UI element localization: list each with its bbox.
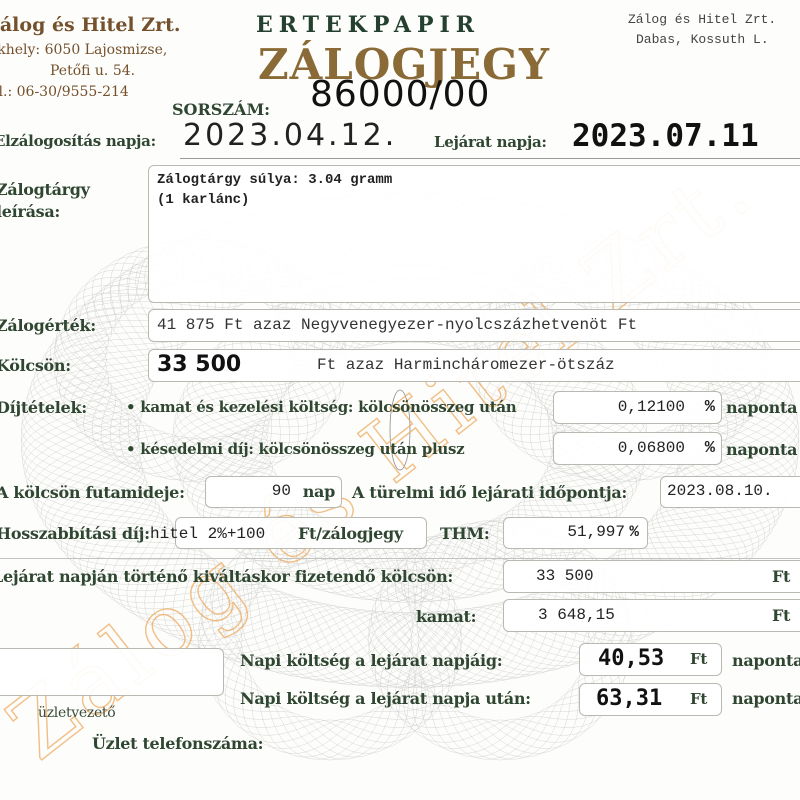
manager-label: üzletvezető — [38, 705, 115, 721]
title-top: ERTEKPAPIR — [256, 12, 480, 38]
daily-cost-until-label: Napi költség a lejárat napjáig: — [240, 651, 502, 670]
dates-divider — [180, 158, 800, 159]
thm-label: THM: — [440, 524, 489, 543]
item-label-line1: Zálogtárgy — [0, 180, 90, 199]
daily-cost-until-unit: Ft — [690, 650, 707, 668]
grace-date-value: 2023.08.10. — [667, 482, 773, 500]
issuer-name: Zálog és Hitel Zrt. — [0, 14, 181, 36]
issuer-address-line2: Petőfi u. 54. — [50, 63, 135, 79]
item-description-box: Zálogtárgy súlya: 3.04 gramm (1 karlánc) — [148, 165, 800, 303]
pledge-date-value: 2023.04.12. — [183, 118, 397, 153]
daily-cost-after-suffix: naponta — [732, 689, 800, 708]
grace-date-label: A türelmi idő lejárati időpontja: — [352, 483, 627, 502]
daily-cost-after-unit: Ft — [690, 690, 707, 708]
item-label-line2: leírása: — [0, 202, 60, 221]
item-description-line2: (1 karlánc) — [157, 192, 249, 208]
redemption-loan-value: 33 500 — [536, 567, 594, 585]
term-label: A kölcsön futamideje: — [0, 483, 185, 502]
fee-late-value: 0,06800 — [618, 439, 685, 457]
issuer-phone: Tel.: 06-30/9555-214 — [0, 84, 129, 100]
bullet-icon: • — [126, 440, 135, 458]
pledge-value-box: 41 875 Ft azaz Negyvenegyezer-nyolcszázh… — [148, 309, 800, 342]
fee-interest-value: 0,12100 — [618, 398, 685, 416]
serial-number: 86000/00 — [310, 74, 490, 115]
loan-box: 33 500 Ft azaz Harmincháromezer-ötszáz — [148, 349, 800, 382]
daily-cost-after-box: 63,31 Ft — [579, 683, 722, 716]
issuer-address-line1: Székhely: 6050 Lajosmizse, — [0, 42, 167, 58]
expiry-date-value: 2023.07.11 — [572, 118, 759, 154]
daily-cost-until-box: 40,53 Ft — [579, 643, 722, 676]
term-value: 90 — [272, 482, 291, 500]
extension-fee-label: Hosszabbítási díj: — [0, 524, 150, 543]
fee-interest-suffix: naponta — [726, 398, 797, 417]
fee-item-label: kamat és kezelési költség: kölcsönösszeg… — [140, 398, 516, 416]
interest-box: 3 648,15 Ft — [503, 599, 800, 632]
loan-in-words: Ft azaz Harmincháromezer-ötszáz — [317, 356, 615, 374]
pledge-value-text: 41 875 Ft azaz Negyvenegyezer-nyolcszázh… — [157, 316, 637, 334]
fee-interest-unit: % — [705, 398, 715, 417]
branch-name: Zálog és Hitel Zrt. — [628, 12, 776, 27]
loan-amount: 33 500 — [157, 352, 241, 377]
interest-unit: Ft — [772, 606, 790, 625]
fees-label: Díjtételek: — [0, 398, 87, 417]
redemption-loan-unit: Ft — [772, 567, 790, 586]
thm-value: 51,997 — [567, 523, 625, 541]
daily-cost-until-suffix: naponta — [732, 651, 800, 670]
branch-address: Dabas, Kossuth L. — [636, 32, 769, 47]
fee-late-unit: % — [705, 439, 715, 458]
shop-phone-label: Üzlet telefonszáma: — [92, 734, 263, 753]
serial-label: SORSZÁM: — [172, 100, 270, 119]
fee-item-interest-text: • kamat és kezelési költség: kölcsönössz… — [126, 398, 516, 416]
redemption-loan-box: 33 500 Ft — [503, 560, 800, 593]
term-box: 90 nap — [205, 476, 342, 508]
pledge-value-label: Zálogérték: — [0, 316, 96, 335]
manager-signature-box — [0, 648, 224, 696]
item-description-line1: Zálogtárgy súlya: 3.04 gramm — [157, 172, 392, 188]
redemption-label: Lejárat napján történő kiváltáskor fizet… — [0, 567, 453, 586]
fee-late-suffix: naponta — [726, 440, 797, 459]
extension-fee-unit: Ft/zálogjegy — [298, 524, 403, 543]
fee-late-box: 0,06800 % — [553, 432, 722, 465]
interest-value: 3 648,15 — [538, 606, 615, 624]
daily-cost-after-value: 63,31 — [596, 686, 662, 711]
fee-item-late-text: • késedelmi díj: kölcsönösszeg után plus… — [126, 440, 464, 458]
expiry-date-label: Lejárat napja: — [434, 133, 547, 151]
pledge-date-label: Elzálogosítás napja: — [0, 132, 156, 150]
loan-label: Kölcsön: — [0, 356, 71, 375]
bullet-icon: • — [126, 398, 135, 416]
fee-item-label: késedelmi díj: kölcsönösszeg után plusz — [140, 440, 464, 458]
thm-box: 51,997 % — [503, 517, 648, 549]
daily-cost-after-label: Napi költség a lejárat napja után: — [240, 689, 531, 708]
thm-unit: % — [629, 523, 639, 541]
term-unit: nap — [303, 482, 335, 501]
interest-label: kamat: — [416, 607, 476, 626]
daily-cost-until-value: 40,53 — [598, 646, 664, 671]
grace-date-box: 2023.08.10. — [660, 476, 800, 508]
extension-divider — [0, 558, 800, 559]
fee-interest-box: 0,12100 % — [553, 391, 722, 424]
extension-fee-value: hitel 2%+100 — [150, 525, 265, 543]
